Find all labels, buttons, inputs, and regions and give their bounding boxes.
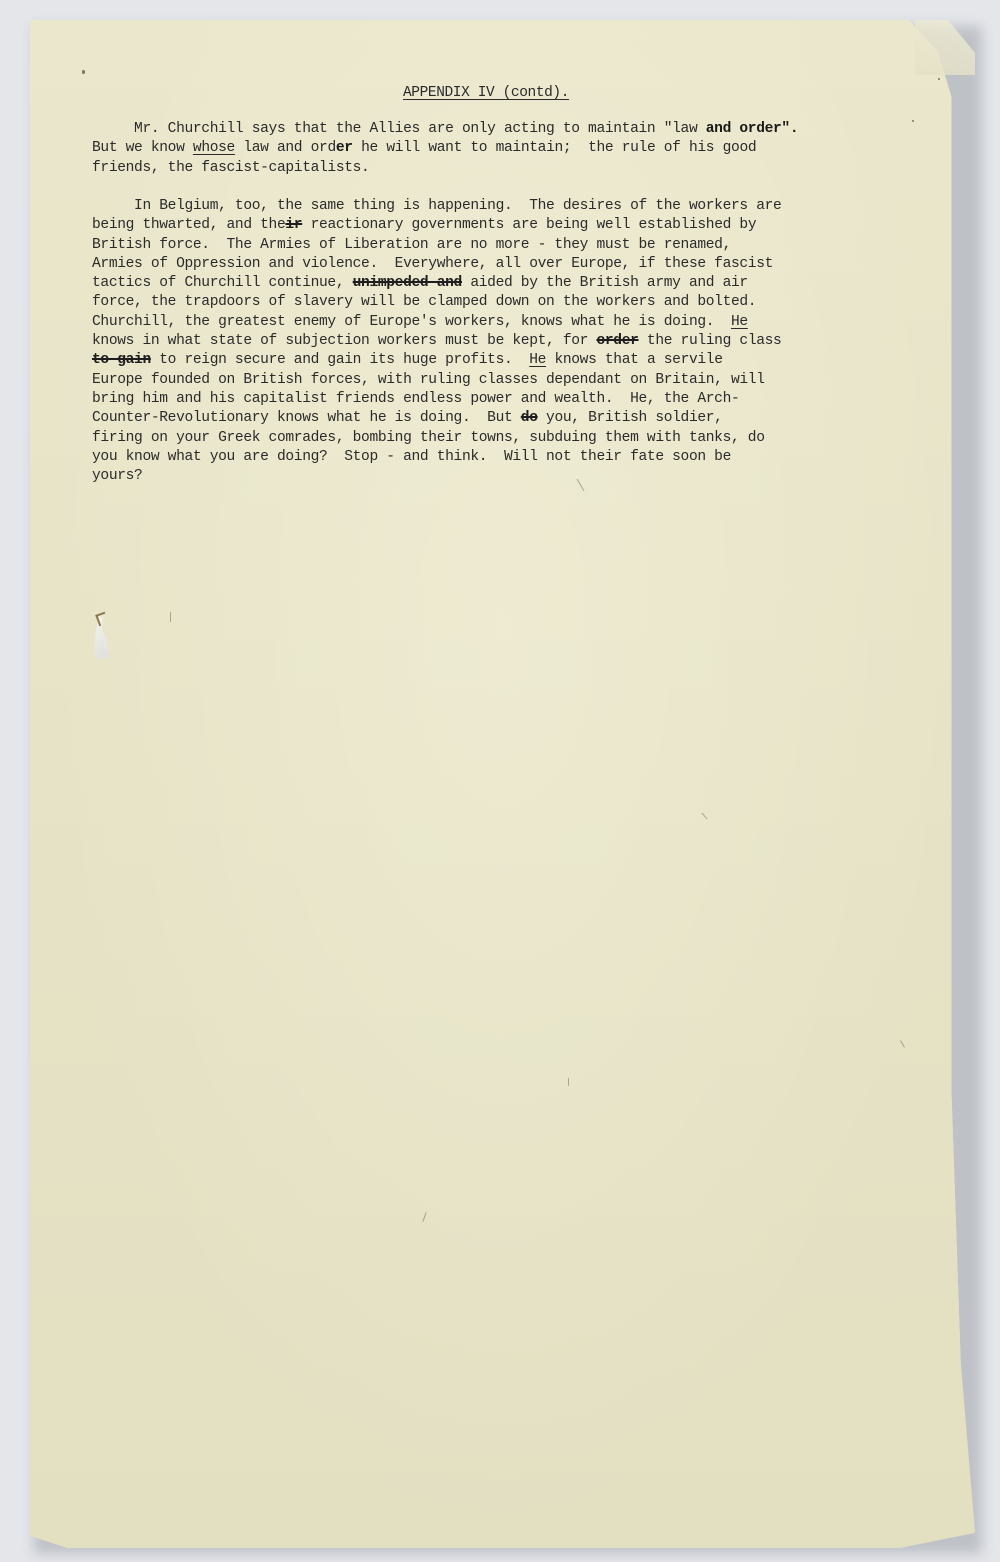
text-run: Counter-Revolutionary knows what he is d… (92, 410, 521, 426)
text-run: bring him and his capitalist friends end… (92, 391, 739, 407)
text-line: British force. The Armies of Liberation … (92, 236, 922, 255)
text-run: yours? (92, 468, 142, 484)
text-line: Churchill, the greatest enemy of Europe'… (92, 313, 922, 332)
text-run: force, the trapdoors of slavery will be … (92, 294, 756, 310)
text-run: to reign secure and gain its huge profit… (151, 352, 529, 368)
text-line: force, the trapdoors of slavery will be … (92, 293, 922, 312)
text-line: being thwarted, and their reactionary go… (92, 216, 922, 235)
text-run: friends, the fascist-capitalists. (92, 160, 369, 176)
paper-scratch (170, 612, 171, 622)
text-run: reactionary governments are being well e… (302, 217, 756, 233)
paper-speck (938, 78, 940, 80)
text-run: firing on your Greek comrades, bombing t… (92, 430, 765, 446)
text-run: the ruling class (639, 333, 782, 349)
text-run: Armies of Oppression and violence. Every… (92, 256, 773, 272)
struck-text: order (596, 333, 638, 349)
text-line: Europe founded on British forces, with r… (92, 371, 922, 390)
text-run: But we know (92, 140, 193, 156)
text-run: knows in what state of subjection worker… (92, 333, 596, 349)
paragraph-churchill-law-and-order: Mr. Churchill says that the Allies are o… (92, 120, 922, 178)
underlined-text: whose (193, 140, 235, 156)
paragraph-belgium: In Belgium, too, the same thing is happe… (92, 197, 922, 486)
text-line: In Belgium, too, the same thing is happe… (92, 197, 922, 216)
text-run: he will want to maintain; the rule of hi… (353, 140, 757, 156)
struck-text: to-gain (92, 352, 151, 368)
struck-text: ir (285, 217, 302, 233)
text-line: Counter-Revolutionary knows what he is d… (92, 409, 922, 428)
text-run: Churchill, the greatest enemy of Europe'… (92, 314, 731, 330)
text-run: you know what you are doing? Stop - and … (92, 449, 731, 465)
overstruck-text: er (336, 140, 353, 156)
text-run: Mr. Churchill says that the Allies are o… (92, 121, 706, 137)
text-line: Armies of Oppression and violence. Every… (92, 255, 922, 274)
text-run: tactics of Churchill continue, (92, 275, 353, 291)
text-line: yours? (92, 467, 922, 486)
underlined-text: He (731, 314, 748, 330)
text-run: you, British soldier, (538, 410, 723, 426)
overstruck-text: and order". (706, 121, 799, 137)
text-line: you know what you are doing? Stop - and … (92, 448, 922, 467)
underlined-text: He (529, 352, 546, 368)
paper-scratch (568, 1078, 569, 1086)
text-run: aided by the British army and air (462, 275, 748, 291)
text-line: to-gain to reign secure and gain its hug… (92, 351, 922, 370)
text-line: Mr. Churchill says that the Allies are o… (92, 120, 922, 139)
text-line: bring him and his capitalist friends end… (92, 390, 922, 409)
text-run: British force. The Armies of Liberation … (92, 237, 731, 253)
text-line: firing on your Greek comrades, bombing t… (92, 429, 922, 448)
text-run: knows that a servile (546, 352, 723, 368)
page-heading: APPENDIX IV (contd). (403, 85, 569, 101)
paper-speck (82, 70, 85, 74)
struck-text: do (521, 410, 538, 426)
text-run: law and ord (235, 140, 336, 156)
text-line: knows in what state of subjection worker… (92, 332, 922, 351)
struck-text: unimpeded-and (353, 275, 462, 291)
text-run: Europe founded on British forces, with r… (92, 372, 765, 388)
paper-speck (912, 120, 914, 122)
text-line: tactics of Churchill continue, unimpeded… (92, 274, 922, 293)
text-line: friends, the fascist-capitalists. (92, 159, 922, 178)
text-run: In Belgium, too, the same thing is happe… (92, 198, 781, 214)
text-run: being thwarted, and the (92, 217, 285, 233)
text-line: But we know whose law and order he will … (92, 139, 922, 158)
